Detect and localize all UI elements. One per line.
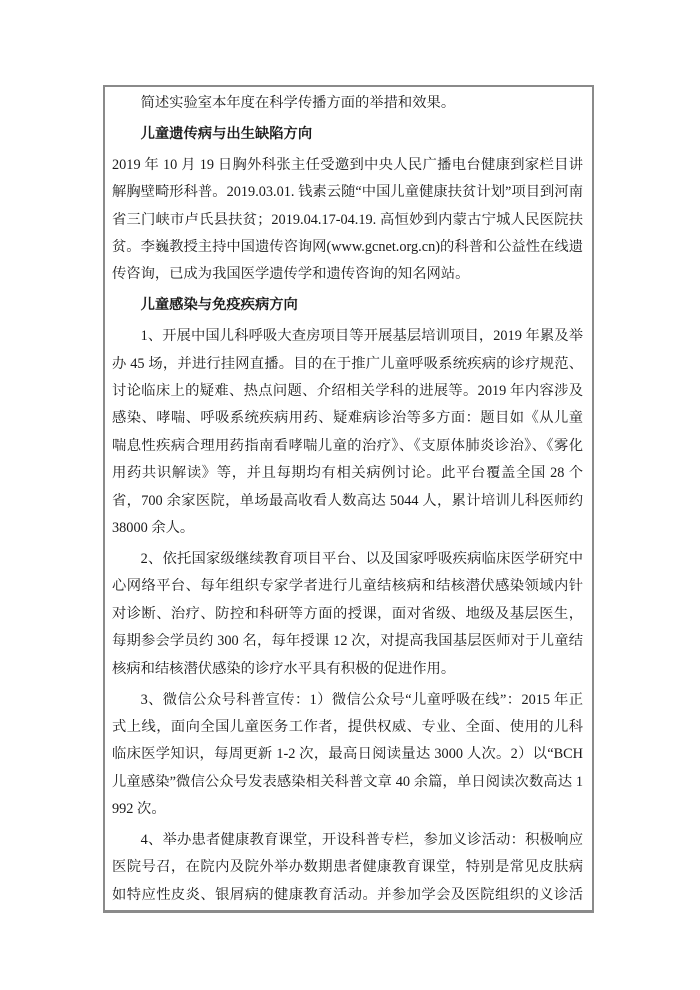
paragraph-item-3-wechat-accounts: 3、微信公众号科普宣传：1）微信公众号“儿童呼吸在线”：2015 年正式上线，面…: [112, 687, 583, 824]
report-table-cell: 简述实验室本年度在科学传播方面的举措和效果。 儿童遗传病与出生缺陷方向 2019…: [103, 85, 594, 913]
paragraph-item-4-patient-education: 4、举办患者健康教育课堂，开设科普专栏，参加义诊活动：积极响应医院号召，在院内及…: [112, 827, 583, 913]
paragraph-item-1-respiratory-training: 1、开展中国儿科呼吸大查房项目等开展基层培训项目，2019 年累及举办 45 场…: [112, 323, 583, 542]
heading-infection-immunity-section: 儿童感染与免疫疾病方向: [112, 292, 583, 319]
document-page: { "colors": { "background": "#ffffff", "…: [0, 0, 700, 990]
paragraph-genetics-outreach-detail: 2019 年 10 月 19 日胸外科张主任受邀到中央人民广播电台健康到家栏目讲…: [112, 152, 583, 289]
paragraph-science-communication-prompt: 简述实验室本年度在科学传播方面的举措和效果。: [112, 90, 583, 117]
paragraph-item-2-tuberculosis-lectures: 2、依托国家级继续教育项目平台、以及国家呼吸疾病临床医学研究中心网络平台、每年组…: [112, 546, 583, 683]
heading-genetics-birth-defects-section: 儿童遗传病与出生缺陷方向: [112, 121, 583, 148]
